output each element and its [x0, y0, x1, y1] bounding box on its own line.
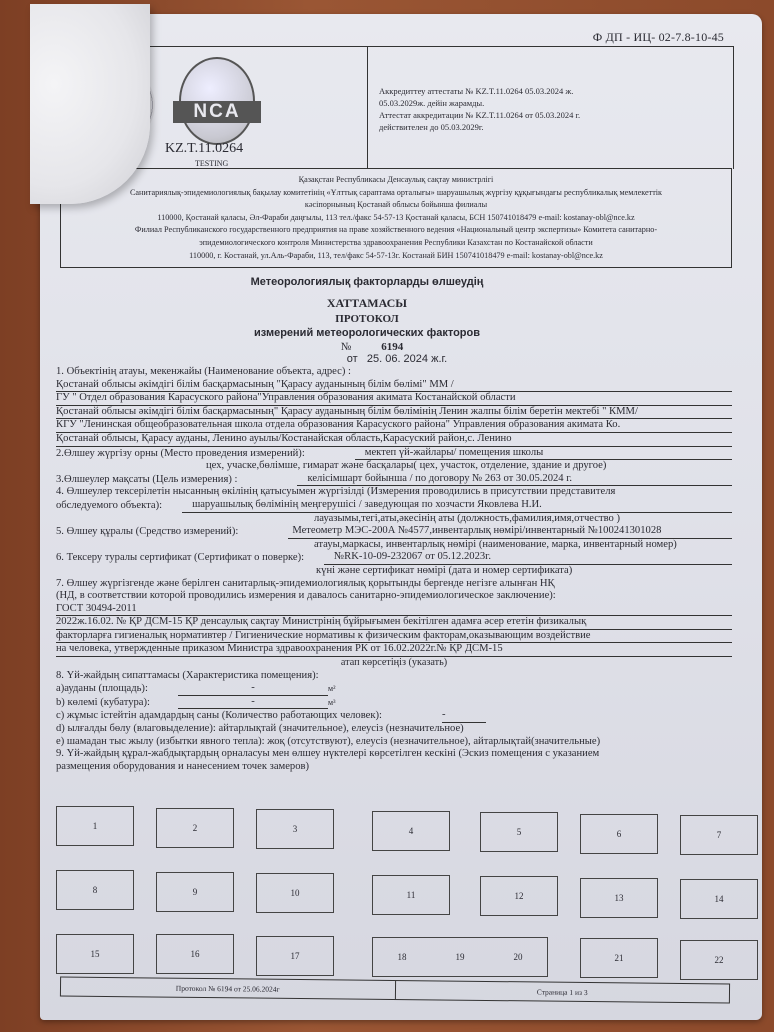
measurement-point-box: 17: [256, 936, 334, 976]
testing-label: TESTING: [195, 159, 228, 168]
measurement-point-box: 8: [56, 870, 134, 910]
measurement-point-box: 181920: [372, 937, 548, 977]
protocol-date: от 25. 06. 2024 ж.г.: [20, 353, 774, 365]
accreditation-code: KZ.T.11.0264: [165, 141, 243, 157]
previous-page-curl: [30, 4, 150, 204]
measurement-point-box: 3: [256, 809, 334, 849]
measurement-point-box: 9: [156, 872, 234, 912]
measurement-point-box: 10: [256, 873, 334, 913]
volume-field: b) көлемі (кубатура): - м³: [56, 696, 732, 710]
measurement-purpose: 3.Өлшеулер мақсаты (Цель измерения) : ке…: [56, 473, 732, 487]
protocol-body: 1. Объектінің атауы, мекенжайы (Наименов…: [56, 366, 732, 773]
area-field: а)ауданы (площадь): - м²: [56, 682, 732, 696]
header-box: ilac-MRA NCA KZ.T.11.0264 TESTING Аккред…: [60, 46, 734, 169]
verification-certificate: 6. Тексеру туралы сертификат (Сертификат…: [56, 551, 732, 565]
footer-page-number: Страница 1 из 3: [394, 981, 729, 1003]
measurement-point-box: 13: [580, 878, 658, 918]
measurement-point-box: 15: [56, 934, 134, 974]
footer-protocol: Протокол № 6194 от 25.06.2024г: [61, 978, 395, 999]
workers-count-field: c) жұмыс істейтін адамдардың саны (Колич…: [56, 709, 732, 723]
measurement-point-box: 7: [680, 815, 758, 855]
measurement-point-box: 21: [580, 938, 658, 978]
measurement-points-sketch: 12345678910111213141516171819202122: [56, 800, 732, 950]
form-code: Ф ДП - ИЦ- 02-7.8-10-45: [593, 30, 724, 45]
measurement-point-box: 14: [680, 879, 758, 919]
measurement-point-box: 5: [480, 812, 558, 852]
document-title: Метеорологиялық факторларды өлшеудің ХАТ…: [0, 276, 774, 365]
measurement-point-box: 16: [156, 934, 234, 974]
measurement-point-box: 1: [56, 806, 134, 846]
measurement-point-box: 2: [156, 808, 234, 848]
measurement-place: 2.Өлшеу жүргізу орны (Место проведения и…: [56, 447, 732, 461]
organization-block: Қазақстан Республикасы Денсаулық сақтау …: [60, 168, 732, 268]
measuring-instrument: 5. Өлшеу құралы (Средство измерений): Ме…: [56, 525, 732, 539]
measurement-point-box: 12: [480, 876, 558, 916]
measurement-point-box: 4: [372, 811, 450, 851]
nca-logo-icon: NCA: [179, 57, 255, 145]
protocol-number: №6194: [0, 341, 774, 353]
measurement-point-box: 22: [680, 940, 758, 980]
representative: обследуемого объекта): шаруашылық бөлімі…: [56, 499, 732, 513]
measurement-point-box: 6: [580, 814, 658, 854]
measurement-point-box: 11: [372, 875, 450, 915]
accreditation-text: Аккредиттеу аттестаты № KZ.T.11.0264 05.…: [379, 85, 719, 133]
